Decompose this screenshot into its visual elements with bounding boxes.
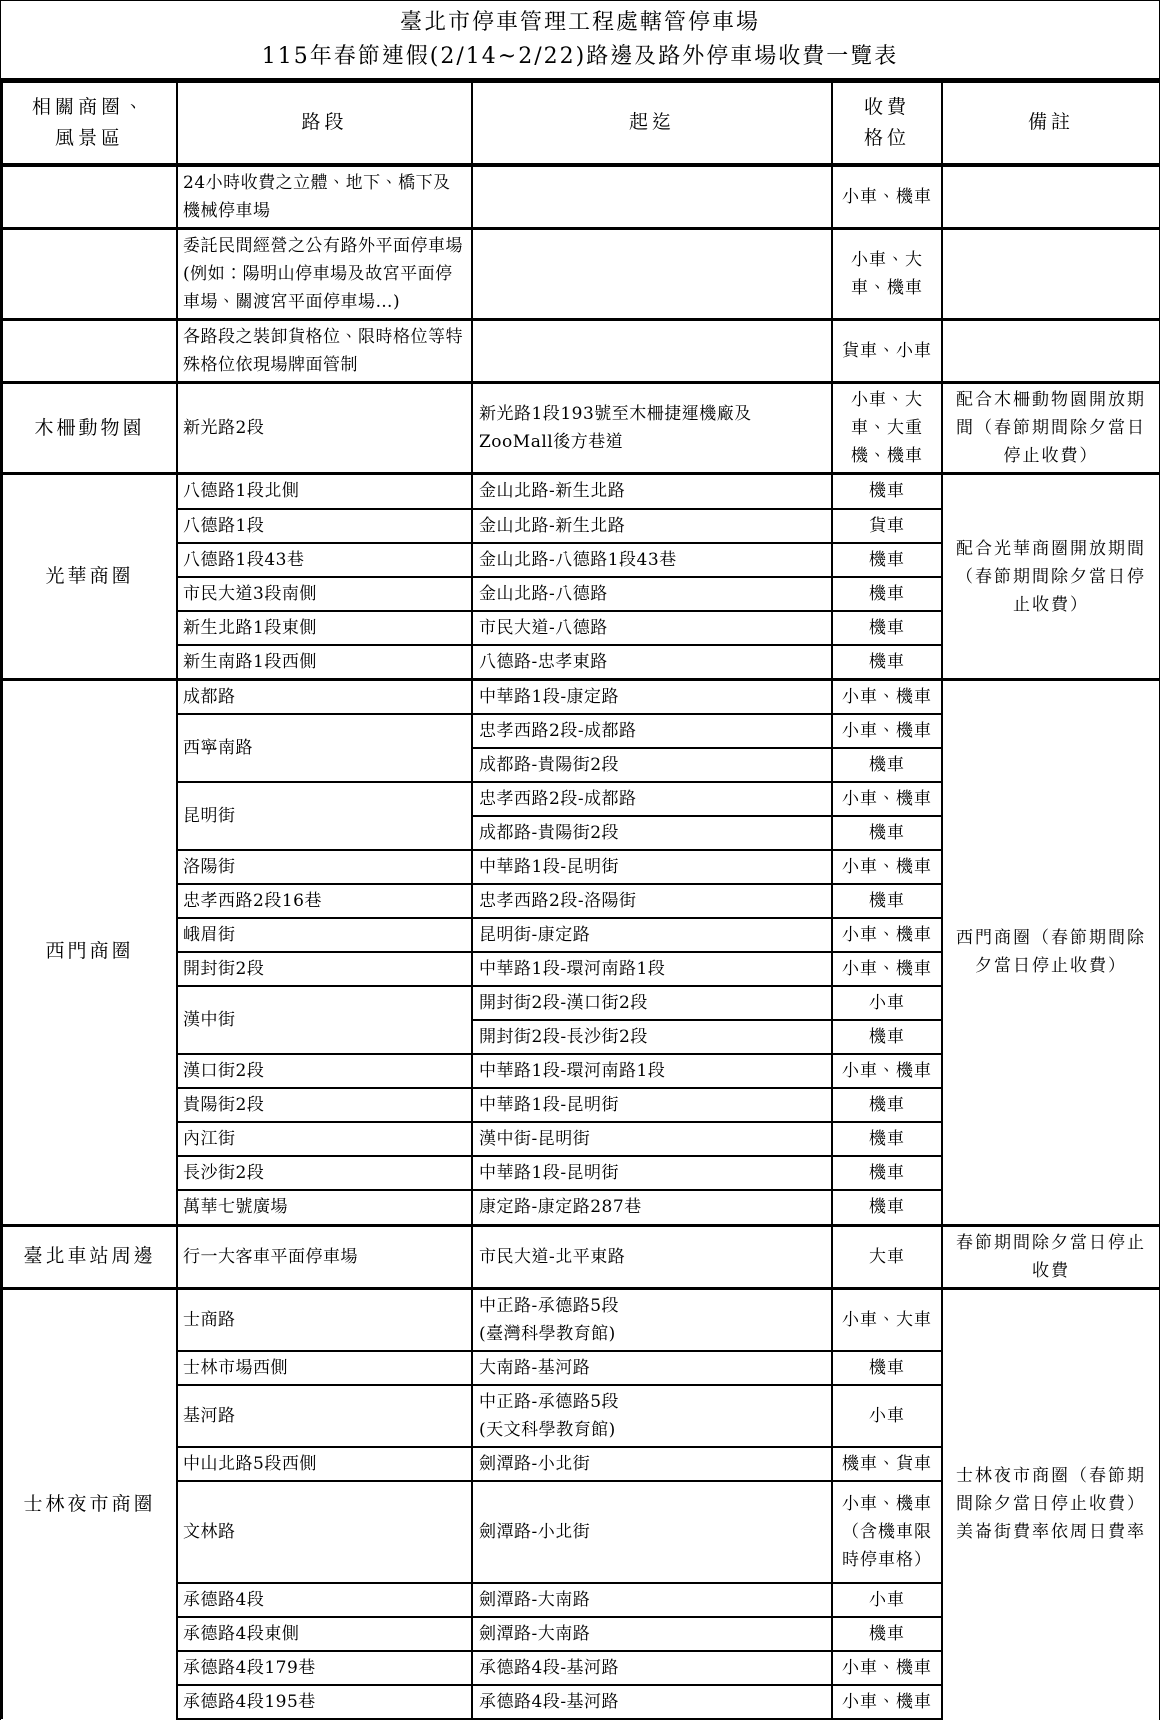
range-cell: 金山北路-新生北路 [472, 509, 832, 543]
section-general-24hr: 24小時收費之立體、地下、橋下及機械停車場 小車、機車 [2, 165, 1160, 229]
range-cell: 金山北路-新生北路 [472, 474, 832, 509]
road-cell: 洛陽街 [177, 850, 472, 884]
fee-cell: 機車 [832, 1156, 942, 1190]
range-cell: 八德路-忠孝東路 [472, 645, 832, 680]
road-cell: 西寧南路 [177, 714, 472, 782]
road-cell: 承德路4段 [177, 1583, 472, 1617]
section-taipei-station: 臺北車站周邊 行一大客車平面停車場 市民大道-北平東路 大車 春節期間除夕當日停… [2, 1225, 1160, 1288]
page-title: 臺北市停車管理工程處轄管停車場 [400, 6, 760, 40]
road-cell: 漢中街 [177, 986, 472, 1054]
section-muzha-zoo: 木柵動物園 新光路2段 新光路1段193號至木柵捷運機廠及ZooMall後方巷道… [2, 383, 1160, 474]
road-cell: 昆明街 [177, 782, 472, 850]
fee-cell: 大車 [832, 1225, 942, 1288]
note-cell: 配合光華商圈開放期間（春節期間除夕當日停止收費） [942, 474, 1160, 679]
district-cell: 西門商圈 [2, 679, 177, 1225]
road-cell: 市民大道3段南側 [177, 577, 472, 611]
district-cell [2, 320, 177, 383]
district-cell: 臺北車站周邊 [2, 1225, 177, 1288]
range-cell: 市民大道-北平東路 [472, 1225, 832, 1288]
fee-cell: 機車 [832, 1617, 942, 1651]
range-cell: 忠孝西路2段-成都路 [472, 782, 832, 816]
fee-cell: 機車 [832, 543, 942, 577]
range-cell: 成都路-貴陽街2段 [472, 816, 832, 850]
note-cell: 春節期間除夕當日停止收費 [942, 1225, 1160, 1288]
range-cell [472, 229, 832, 320]
road-cell: 24小時收費之立體、地下、橋下及機械停車場 [177, 165, 472, 229]
section-general-outsourced: 委託民間經營之公有路外平面停車場(例如：陽明山停車場及故宮平面停車場、關渡宮平面… [2, 229, 1160, 320]
range-cell [472, 165, 832, 229]
range-cell: 承德路4段-基河路 [472, 1685, 832, 1719]
range-cell: 忠孝西路2段-成都路 [472, 714, 832, 748]
road-cell: 內江街 [177, 1122, 472, 1156]
road-cell: 長沙街2段 [177, 1156, 472, 1190]
fee-cell: 小車、機車 [832, 1685, 942, 1719]
fee-cell: 機車 [832, 645, 942, 680]
fee-cell: 機車 [832, 1190, 942, 1225]
road-cell: 承德路4段179巷 [177, 1651, 472, 1685]
road-cell: 中山北路5段西側 [177, 1447, 472, 1481]
table-row: 士林夜市商圈 士商路 中正路-承德路5段 (臺灣科學教育館) 小車、大車 士林夜… [2, 1288, 1160, 1351]
range-cell: 中華路1段-康定路 [472, 679, 832, 714]
fee-cell: 貨車、小車 [832, 320, 942, 383]
fee-cell: 機車 [832, 884, 942, 918]
col-header-district: 相關商圈、 風景區 [2, 81, 177, 166]
road-cell: 成都路 [177, 679, 472, 714]
range-cell: 中華路1段-環河南路1段 [472, 952, 832, 986]
document-title-block: 臺北市停車管理工程處轄管停車場 115年春節連假(2/14~2/22)路邊及路外… [1, 1, 1159, 78]
fee-cell: 機車 [832, 474, 942, 509]
section-ximen: 西門商圈 成都路 中華路1段-康定路 小車、機車 西門商圈（春節期間除夕當日停止… [2, 679, 1160, 1225]
range-cell: 金山北路-八德路1段43巷 [472, 543, 832, 577]
fee-cell: 小車、機車 [832, 1054, 942, 1088]
range-cell: 昆明街-康定路 [472, 918, 832, 952]
note-cell [942, 165, 1160, 229]
range-cell: 中華路1段-昆明街 [472, 1156, 832, 1190]
road-cell: 承德路4段195巷 [177, 1685, 472, 1719]
table-row: 木柵動物園 新光路2段 新光路1段193號至木柵捷運機廠及ZooMall後方巷道… [2, 383, 1160, 474]
fee-cell: 機車 [832, 577, 942, 611]
road-cell: 萬華七號廣場 [177, 1190, 472, 1225]
range-cell: 成都路-貴陽街2段 [472, 748, 832, 782]
road-cell: 貴陽街2段 [177, 1088, 472, 1122]
table-row: 各路段之裝卸貨格位、限時格位等特殊格位依現場牌面管制 貨車、小車 [2, 320, 1160, 383]
col-header-fee: 收費 格位 [832, 81, 942, 166]
fee-cell: 機車 [832, 748, 942, 782]
fee-cell: 小車、機車 [832, 850, 942, 884]
fee-cell: 小車、機車 [832, 714, 942, 748]
road-cell: 新生北路1段東側 [177, 611, 472, 645]
range-cell: 劍潭路-小北街 [472, 1481, 832, 1583]
fee-cell: 小車、大車、大重機、機車 [832, 383, 942, 474]
road-cell: 新光路2段 [177, 383, 472, 474]
note-cell: 士林夜市商圈（春節期間除夕當日停止收費） 美崙街費率依周日費率 [942, 1288, 1160, 1719]
fee-cell: 機車 [832, 1088, 942, 1122]
road-cell: 文林路 [177, 1481, 472, 1583]
col-header-road: 路段 [177, 81, 472, 166]
range-cell: 康定路-康定路287巷 [472, 1190, 832, 1225]
fee-cell: 機車 [832, 1122, 942, 1156]
page-subtitle: 115年春節連假(2/14~2/22)路邊及路外停車場收費一覽表 [262, 40, 898, 74]
range-cell: 中華路1段-昆明街 [472, 850, 832, 884]
range-cell: 開封街2段-長沙街2段 [472, 1020, 832, 1054]
range-cell: 市民大道-八德路 [472, 611, 832, 645]
section-general-special-spaces: 各路段之裝卸貨格位、限時格位等特殊格位依現場牌面管制 貨車、小車 [2, 320, 1160, 383]
note-cell: 西門商圈（春節期間除夕當日停止收費） [942, 679, 1160, 1225]
road-cell: 開封街2段 [177, 952, 472, 986]
road-cell: 承德路4段東側 [177, 1617, 472, 1651]
road-cell: 漢口街2段 [177, 1054, 472, 1088]
fee-cell: 機車 [832, 611, 942, 645]
range-cell [472, 320, 832, 383]
range-cell: 中華路1段-環河南路1段 [472, 1054, 832, 1088]
road-cell: 士林市場西側 [177, 1351, 472, 1385]
col-header-range: 起迄 [472, 81, 832, 166]
road-cell: 忠孝西路2段16巷 [177, 884, 472, 918]
road-cell: 士商路 [177, 1288, 472, 1351]
fee-cell: 小車、機車 [832, 679, 942, 714]
range-cell: 開封街2段-漢口街2段 [472, 986, 832, 1020]
district-cell [2, 229, 177, 320]
range-cell: 漢中街-昆明街 [472, 1122, 832, 1156]
range-cell: 金山北路-八德路 [472, 577, 832, 611]
road-cell: 八德路1段北側 [177, 474, 472, 509]
district-cell: 木柵動物園 [2, 383, 177, 474]
range-cell: 承德路4段-基河路 [472, 1651, 832, 1685]
range-cell: 中正路-承德路5段 (臺灣科學教育館) [472, 1288, 832, 1351]
table-row: 委託民間經營之公有路外平面停車場(例如：陽明山停車場及故宮平面停車場、關渡宮平面… [2, 229, 1160, 320]
table-row: 西門商圈 成都路 中華路1段-康定路 小車、機車 西門商圈（春節期間除夕當日停止… [2, 679, 1160, 714]
table-row: 光華商圈 八德路1段北側 金山北路-新生北路 機車 配合光華商圈開放期間（春節期… [2, 474, 1160, 509]
fee-cell: 小車、大車、機車 [832, 229, 942, 320]
fee-cell: 機車 [832, 1020, 942, 1054]
fee-cell: 小車、機車 [832, 918, 942, 952]
table-row: 臺北車站周邊 行一大客車平面停車場 市民大道-北平東路 大車 春節期間除夕當日停… [2, 1225, 1160, 1288]
road-cell: 基河路 [177, 1385, 472, 1447]
note-cell: 配合木柵動物園開放期間（春節期間除夕當日停止收費） [942, 383, 1160, 474]
range-cell: 中華路1段-昆明街 [472, 1088, 832, 1122]
road-cell: 八德路1段43巷 [177, 543, 472, 577]
fee-cell: 小車 [832, 986, 942, 1020]
road-cell: 八德路1段 [177, 509, 472, 543]
fee-cell: 小車、大車 [832, 1288, 942, 1351]
range-cell: 新光路1段193號至木柵捷運機廠及ZooMall後方巷道 [472, 383, 832, 474]
road-cell: 新生南路1段西側 [177, 645, 472, 680]
fee-cell: 機車、貨車 [832, 1447, 942, 1481]
range-cell: 大南路-基河路 [472, 1351, 832, 1385]
parking-fee-table: 相關商圈、 風景區 路段 起迄 收費 格位 備註 24小時收費之立體、地下、橋下… [1, 78, 1160, 1720]
note-cell [942, 320, 1160, 383]
district-cell: 光華商圈 [2, 474, 177, 679]
road-cell: 委託民間經營之公有路外平面停車場(例如：陽明山停車場及故宮平面停車場、關渡宮平面… [177, 229, 472, 320]
range-cell: 劍潭路-大南路 [472, 1617, 832, 1651]
range-cell: 劍潭路-小北街 [472, 1447, 832, 1481]
fee-cell: 機車 [832, 1351, 942, 1385]
fee-cell: 貨車 [832, 509, 942, 543]
header-row: 相關商圈、 風景區 路段 起迄 收費 格位 備註 [2, 81, 1160, 166]
road-cell: 行一大客車平面停車場 [177, 1225, 472, 1288]
road-cell: 峨眉街 [177, 918, 472, 952]
fee-cell: 小車 [832, 1583, 942, 1617]
range-cell: 忠孝西路2段-洛陽街 [472, 884, 832, 918]
district-cell [2, 165, 177, 229]
fee-cell: 小車 [832, 1385, 942, 1447]
fee-cell: 小車、機車 [832, 782, 942, 816]
range-cell: 劍潭路-大南路 [472, 1583, 832, 1617]
fee-cell: 小車、機車 [832, 1651, 942, 1685]
section-shilin: 士林夜市商圈 士商路 中正路-承德路5段 (臺灣科學教育館) 小車、大車 士林夜… [2, 1288, 1160, 1719]
note-cell [942, 229, 1160, 320]
fee-cell: 機車 [832, 816, 942, 850]
range-cell: 中正路-承德路5段 (天文科學教育館) [472, 1385, 832, 1447]
district-cell: 士林夜市商圈 [2, 1288, 177, 1719]
fee-cell: 小車、機車 [832, 952, 942, 986]
fee-cell: 小車、機車 [832, 165, 942, 229]
table-row: 24小時收費之立體、地下、橋下及機械停車場 小車、機車 [2, 165, 1160, 229]
col-header-note: 備註 [942, 81, 1160, 166]
section-guanghua: 光華商圈 八德路1段北側 金山北路-新生北路 機車 配合光華商圈開放期間（春節期… [2, 474, 1160, 679]
document-page: 臺北市停車管理工程處轄管停車場 115年春節連假(2/14~2/22)路邊及路外… [0, 0, 1160, 1720]
table-header: 相關商圈、 風景區 路段 起迄 收費 格位 備註 [2, 81, 1160, 166]
road-cell: 各路段之裝卸貨格位、限時格位等特殊格位依現場牌面管制 [177, 320, 472, 383]
fee-cell: 小車、機車 （含機車限時停車格） [832, 1481, 942, 1583]
